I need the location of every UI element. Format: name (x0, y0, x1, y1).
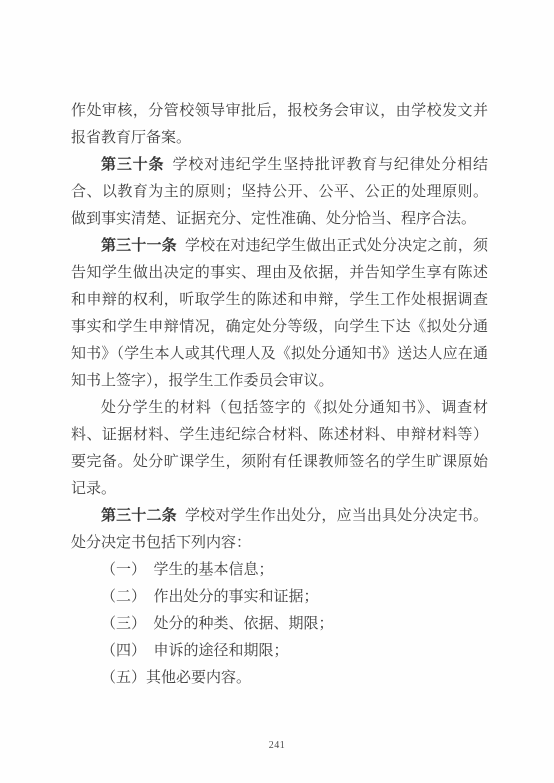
document-page: 作处审核，分管校领导审批后，报校务会审议，由学校发文并报省教育厅备案。 第三十条… (0, 0, 554, 783)
document-body: 作处审核，分管校领导审批后，报校务会审议，由学校发文并报省教育厅备案。 第三十条… (71, 98, 488, 692)
article-30-label: 第三十条 (101, 157, 164, 173)
list-item-3: （三） 处分的种类、依据、期限； (71, 611, 488, 638)
para-article-31: 第三十一条学校在对违纪学生做出正式处分决定之前，须告知学生做出决定的事实、理由及… (71, 233, 488, 395)
list-item-1: （一） 学生的基本信息； (71, 557, 488, 584)
page-number: 241 (0, 740, 554, 751)
para-article-30: 第三十条学校对违纪学生坚持批评教育与纪律处分相结合、以教育为主的原则；坚持公开、… (71, 152, 488, 233)
article-31-text: 学校在对违纪学生做出正式处分决定之前，须告知学生做出决定的事实、理由及依据，并告… (71, 238, 488, 389)
para-continuation: 作处审核，分管校领导审批后，报校务会审议，由学校发文并报省教育厅备案。 (71, 98, 488, 152)
para-article-32: 第三十二条学校对学生作出处分，应当出具处分决定书。处分决定书包括下列内容： (71, 503, 488, 557)
article-31-label: 第三十一条 (101, 238, 177, 254)
list-item-5: （五）其他必要内容。 (71, 665, 488, 692)
list-item-2: （二） 作出处分的事实和证据； (71, 584, 488, 611)
para-materials: 处分学生的材料（包括签字的《拟处分通知书》、调查材料、证据材料、学生违纪综合材料… (71, 395, 488, 503)
article-32-label: 第三十二条 (101, 508, 177, 524)
list-item-4: （四） 申诉的途径和期限； (71, 638, 488, 665)
